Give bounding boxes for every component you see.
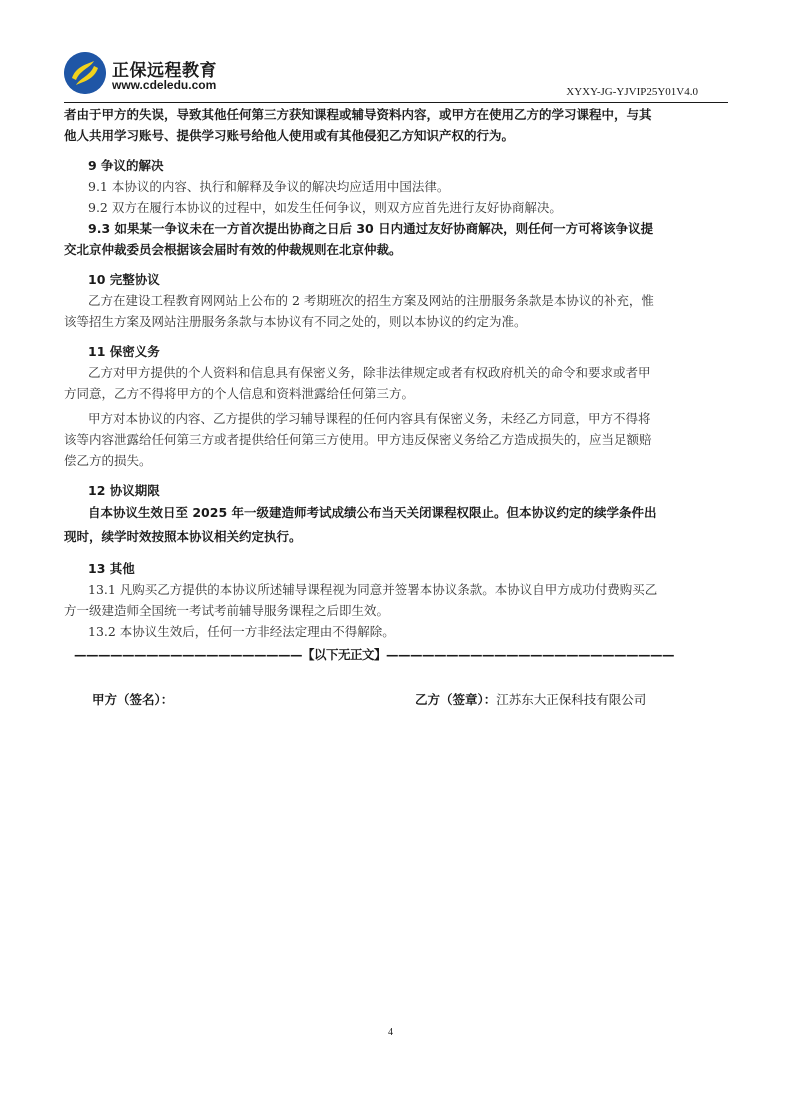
section-9-2: 9.2 双方在履行本协议的过程中，如发生任何争议，则双方应首先进行友好协商解决。: [88, 197, 722, 218]
section-11-title: 11 保密义务: [88, 341, 722, 362]
page-header: 正保远程教育 www.cdeledu.com XYXY-JG-YJVIP25Y0…: [64, 52, 728, 102]
section-10-title: 10 完整协议: [88, 269, 722, 290]
section-10-line-1: 乙方在建设工程教育网网站上公布的 2 考期班次的招生方案及网站的注册服务条款是本…: [88, 290, 722, 311]
end-of-text-divider: ———————————————————【以下无正文】——————————————…: [74, 644, 722, 665]
section-11-p2-line-1: 甲方对本协议的内容、乙方提供的学习辅导课程的任何内容具有保密义务，未经乙方同意，…: [88, 408, 722, 429]
section-13-title: 13 其他: [88, 558, 722, 579]
section-9-title: 9 争议的解决: [88, 155, 722, 176]
section-9-3-line-1: 9.3 如果某一争议未在一方首次提出协商之日后 30 日内通过友好协商解决，则任…: [88, 218, 722, 239]
divider-left: ———————————————————: [74, 647, 302, 662]
party-b-signature-label: 乙方（签章）：: [415, 692, 496, 707]
header-rule: [64, 102, 728, 103]
section-10-line-2: 该等招生方案及网站注册服务条款与本协议有不同之处的，则以本协议的约定为准。: [64, 311, 722, 332]
section-11-p2-line-3: 偿乙方的损失。: [64, 450, 722, 471]
document-code: XYXY-JG-YJVIP25Y01V4.0: [566, 86, 698, 98]
divider-label: 【以下无正文】: [302, 647, 386, 662]
document-body: 者由于甲方的失误，导致其他任何第三方获知课程或辅导资料内容，或甲方在使用乙方的学…: [88, 104, 722, 665]
intro-line-1: 者由于甲方的失误，导致其他任何第三方获知课程或辅导资料内容，或甲方在使用乙方的学…: [64, 104, 722, 125]
intro-line-2: 他人共用学习账号、提供学习账号给他人使用或有其他侵犯乙方知识产权的行为。: [64, 125, 722, 146]
logo-icon: [64, 52, 106, 94]
section-11-p1-line-1: 乙方对甲方提供的个人资料和信息具有保密义务，除非法律规定或者有权政府机关的命令和…: [88, 362, 722, 383]
section-12-title: 12 协议期限: [88, 480, 722, 501]
section-12-line-1: 自本协议生效日至 2025 年一级建造师考试成绩公布当天关闭课程权限止。但本协议…: [88, 501, 722, 525]
section-11-p2-line-2: 该等内容泄露给任何第三方或者提供给任何第三方使用。甲方违反保密义务给乙方造成损失…: [64, 429, 722, 450]
section-13-1-line-2: 方一级建造师全国统一考试考前辅导服务课程之后即生效。: [64, 600, 722, 621]
section-12-line-2: 现时，续学时效按照本协议相关约定执行。: [64, 525, 722, 549]
party-b-company: 江苏东大正保科技有限公司: [496, 692, 646, 707]
section-9-1: 9.1 本协议的内容、执行和解释及争议的解决均应适用中国法律。: [88, 176, 722, 197]
section-11-p1-line-2: 方同意，乙方不得将甲方的个人信息和资料泄露给任何第三方。: [64, 383, 722, 404]
section-13-1-line-1: 13.1 凡购买乙方提供的本协议所述辅导课程视为同意并签署本协议条款。本协议自甲…: [88, 579, 722, 600]
page-number: 4: [388, 1027, 393, 1038]
section-9-3-line-2: 交北京仲裁委员会根据该会届时有效的仲裁规则在北京仲裁。: [64, 239, 722, 260]
section-13-2: 13.2 本协议生效后，任何一方非经法定理由不得解除。: [88, 621, 722, 642]
divider-right: ————————————————————————: [386, 647, 674, 662]
party-a-signature-label: 甲方（签名）：: [92, 690, 173, 708]
party-b-signature: 乙方（签章）：江苏东大正保科技有限公司: [415, 690, 646, 708]
brand-url: www.cdeledu.com: [112, 78, 216, 92]
